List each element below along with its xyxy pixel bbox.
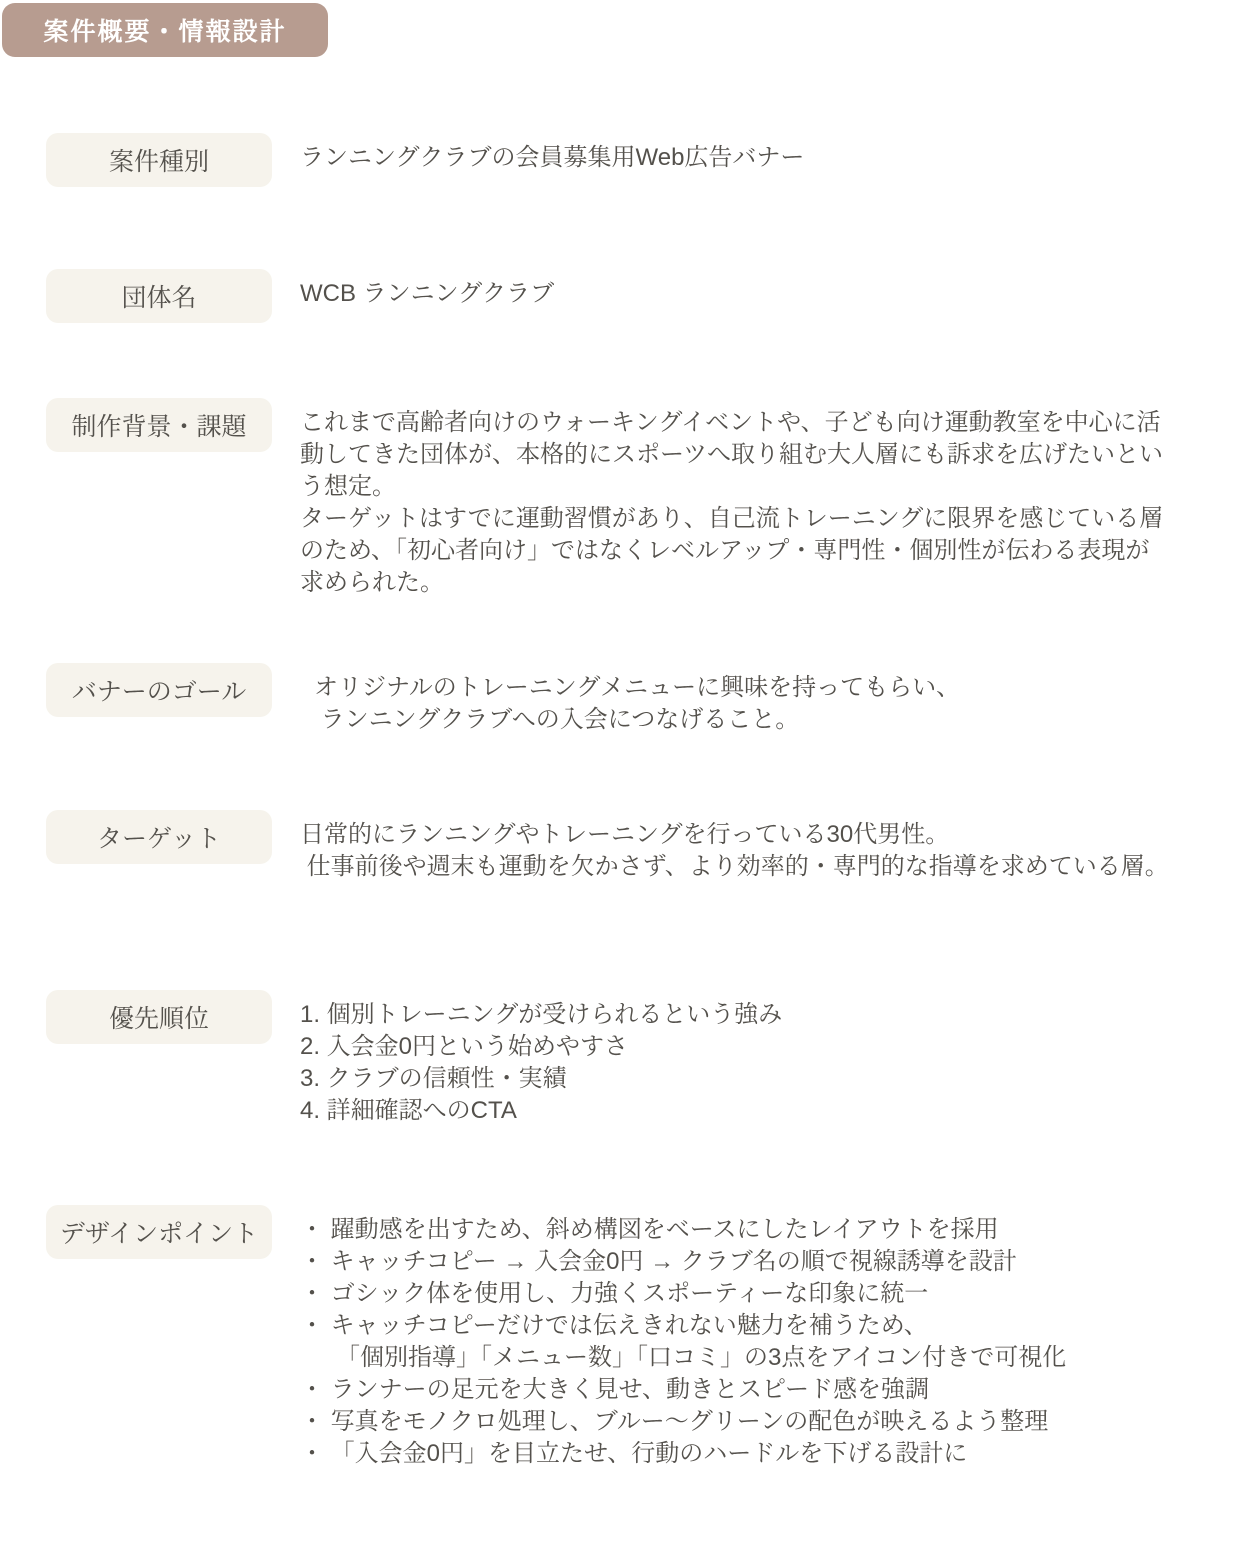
bullet-list-item: ・ ランナーの足元を大きく見せ、動きとスピード感を強調 [300,1374,1066,1406]
row-label: 案件種別 [46,133,272,187]
row-label: バナーのゴール [46,663,272,717]
text-line: オリジナルのトレーニングメニューに興味を持ってもらい、 [314,672,960,704]
text-line: これまで高齢者向けのウォーキングイベントや、子ども向け運動教室を中心に活 [300,407,1163,439]
row-content: 1. 個別トレーニングが受けられるという強み2. 入会金0円という始めやすさ3.… [272,990,782,1127]
project-brief-page: 案件概要・情報設計 案件種別ランニングクラブの会員募集用Web広告バナー団体名W… [0,0,1250,1557]
ordered-list-item: 3. クラブの信頼性・実績 [300,1063,782,1095]
row-content: 日常的にランニングやトレーニングを行っている30代男性。 仕事前後や週末も運動を… [272,810,1169,883]
bullet-list-item: ・ 写真をモノクロ処理し、ブルー〜グリーンの配色が映えるよう整理 [300,1406,1066,1438]
text-line: のため、「初心者向け」ではなくレベルアップ・専門性・個別性が伝わる表現が [300,535,1163,567]
text-line: 仕事前後や週末も運動を欠かさず、より効率的・専門的な指導を求めている層。 [300,851,1169,883]
row-design-points: デザインポイント・ 躍動感を出すため、斜め構図をベースにしたレイアウトを採用・ … [46,1205,1250,1470]
row-target-audience: ターゲット日常的にランニングやトレーニングを行っている30代男性。 仕事前後や週… [46,810,1250,883]
text-line: 求められた。 [300,567,1163,599]
bullet-list-item: ・ キャッチコピー → 入会金0円 → クラブ名の順で視線誘導を設計 [300,1246,1066,1278]
row-label: ターゲット [46,810,272,864]
row-banner-goal: バナーのゴールオリジナルのトレーニングメニューに興味を持ってもらい、 ランニング… [46,663,1250,736]
section-title-badge: 案件概要・情報設計 [2,3,328,57]
row-content: ランニングクラブの会員募集用Web広告バナー [272,133,804,174]
row-content: ・ 躍動感を出すため、斜め構図をベースにしたレイアウトを採用・ キャッチコピー … [272,1205,1066,1470]
row-priority-order: 優先順位1. 個別トレーニングが受けられるという強み2. 入会金0円という始めや… [46,990,1250,1127]
text-line: WCB ランニングクラブ [300,278,554,310]
bullet-list-item: ・ 「入会金0円」を目立たせ、行動のハードルを下げる設計に [300,1438,1066,1470]
ordered-list-item: 4. 詳細確認へのCTA [300,1095,782,1127]
text-line: 動してきた団体が、本格的にスポーツへ取り組む大人層にも訴求を広げたいとい [300,439,1163,471]
section-title-label: 案件概要・情報設計 [43,12,286,48]
row-content: オリジナルのトレーニングメニューに興味を持ってもらい、 ランニングクラブへの入会… [272,663,960,736]
row-label: 団体名 [46,269,272,323]
text-line: ランニングクラブへの入会につなげること。 [314,704,960,736]
text-line: ターゲットはすでに運動習慣があり、自己流トレーニングに限界を感じている層 [300,503,1163,535]
row-background-and-issues: 制作背景・課題これまで高齢者向けのウォーキングイベントや、子ども向け運動教室を中… [46,398,1250,599]
brief-rows: 案件種別ランニングクラブの会員募集用Web広告バナー団体名WCB ランニングクラ… [0,133,1250,1470]
row-organization-name: 団体名WCB ランニングクラブ [46,269,1250,323]
text-line: う想定。 [300,471,1163,503]
bullet-list-item: ・ 躍動感を出すため、斜め構図をベースにしたレイアウトを採用 [300,1214,1066,1246]
bullet-list-item: ・ ゴシック体を使用し、力強くスポーティーな印象に統一 [300,1278,1066,1310]
bullet-list-item: 「個別指導」「メニュー数」「口コミ」の3点をアイコン付きで可視化 [300,1342,1066,1374]
ordered-list-item: 2. 入会金0円という始めやすさ [300,1031,782,1063]
ordered-list-item: 1. 個別トレーニングが受けられるという強み [300,999,782,1031]
row-content: これまで高齢者向けのウォーキングイベントや、子ども向け運動教室を中心に活動してき… [272,398,1163,599]
row-content: WCB ランニングクラブ [272,269,554,310]
row-project-type: 案件種別ランニングクラブの会員募集用Web広告バナー [46,133,1250,187]
row-label: デザインポイント [46,1205,272,1259]
bullet-list-item: ・ キャッチコピーだけでは伝えきれない魅力を補うため、 [300,1310,1066,1342]
text-line: 日常的にランニングやトレーニングを行っている30代男性。 [300,819,1169,851]
text-line: ランニングクラブの会員募集用Web広告バナー [300,142,804,174]
row-label: 制作背景・課題 [46,398,272,452]
row-label: 優先順位 [46,990,272,1044]
